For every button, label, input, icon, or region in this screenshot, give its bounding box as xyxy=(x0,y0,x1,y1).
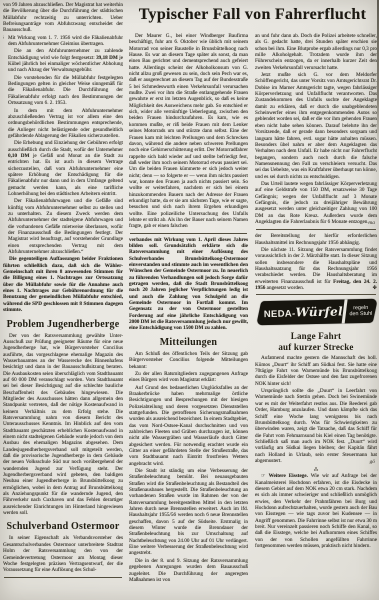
right-divider-rule-1 xyxy=(256,229,376,230)
middle-column: Der Maurer G., bei einer Windberger Bauf… xyxy=(129,2,248,598)
charges-amount: 0,10 DM xyxy=(8,153,29,159)
jugendherberge-heading: Problem Jugendherberge xyxy=(3,319,123,330)
mitteilungen-p6: Die nächste 11. Sitzung der Ratsversamml… xyxy=(255,247,377,291)
ornament-divider: ⁂ xyxy=(255,467,377,472)
fahrerflucht-part1: Der Maurer G., bei einer Windberger Bauf… xyxy=(129,33,248,230)
duurt-heading: Lange Fahrt auf kurzer Strecke xyxy=(255,331,377,352)
ad-brand-name: NEDA- xyxy=(264,309,296,321)
right-divider-rule-2 xyxy=(256,294,376,295)
mitteilungen-p3: Auf Grund des bedauerlichen Unglücksfall… xyxy=(129,385,248,467)
duurt-heading-line2: auf kurzer Strecke xyxy=(255,342,377,353)
right-column: an und fuhr dann ab. Doch die Polizei ar… xyxy=(255,2,377,598)
charges-text-pre: Die Erhebung und Einziehung der Gebühren… xyxy=(8,140,123,152)
mitteilungen-heading: Mitteilungen xyxy=(129,337,248,348)
fee-amount: 39,18 DM xyxy=(96,55,118,61)
duurt-p2: Ursprünglich sollte die „Duurt“ in Leerf… xyxy=(255,388,377,464)
council-item-paragraph: Mit Wirkung vom 1. 7. 1956 wird die Fäka… xyxy=(8,35,123,48)
council-contract-paragraph: von 99 Jahren abzuschließen. Der Magistr… xyxy=(3,2,123,34)
left-column: von 99 Jahren abzuschließen. Der Magistr… xyxy=(3,2,123,598)
left-bottom-rule xyxy=(4,577,122,578)
council-wagon-paragraph: Der Fäkalienabfuhrwagen und die Gefäße s… xyxy=(8,198,123,255)
council-charges-paragraph: Die Erhebung und Einziehung der Gebühren… xyxy=(8,140,123,197)
schulverband-body-part1: In seiner Eigenschaft als Verbandsvorste… xyxy=(3,535,123,573)
charges-text-post: je Gefäß und Monat an die Stadt zu entri… xyxy=(8,153,123,197)
ad-tagline: regeln den Stuhl xyxy=(346,305,376,318)
fahrerflucht-part2-p3: Das Urteil lautete wegen fahrlässiger Kö… xyxy=(255,181,377,225)
council-item-6: 6 Mit Wirkung vom 1. 7. 1956 wird die Fä… xyxy=(3,35,123,256)
eisstege-lead: Weitere Eisstege. xyxy=(269,473,308,479)
mitteilungen-p5-continuation: der Bereitstellung der hierfür erforderl… xyxy=(255,233,377,246)
eisstege-body: Wie wir auf Anfrage bei der Kanalmeister… xyxy=(255,473,377,549)
eisstege-paragraph: ☞ Weitere Eisstege. Wie wir auf Anfrage … xyxy=(255,473,377,549)
section-end-mark: ✤ xyxy=(367,285,377,291)
neda-advertisement: NEDA-Würfel regeln den Stuhl xyxy=(256,299,376,325)
middle-divider-rule xyxy=(130,233,247,234)
council-conditions-paragraph: Die vorstehenden für die Müllabfuhr fest… xyxy=(8,75,123,107)
ad-black-band: NEDA-Würfel regeln den Stuhl xyxy=(256,299,377,325)
council-vote-paragraph: Die gegenteiligen Auffassungen beider Fr… xyxy=(3,256,123,313)
newspaper-page: Typischer Fall von Fahrerflucht von 99 J… xyxy=(0,0,379,600)
duurt-heading-line1: Lange Fahrt xyxy=(255,331,377,342)
schulverband-heading: Schulverband Ostermoor xyxy=(3,521,123,532)
ad-tagline-line2: den Stuhl xyxy=(346,311,376,318)
duurt-p1: Aufatmend machte gestern die Mannschaft … xyxy=(255,355,377,387)
council-fee-paragraph: Die an den Abfuhrunternehmer zu zahlende… xyxy=(8,48,123,73)
ad-brand-script: Würfel xyxy=(295,305,343,320)
fahrerflucht-part2-p2: Jetzt mußte sich G. vor dem Meldorfer Sc… xyxy=(255,72,377,180)
council-contract-terms-paragraph: In dem mit dem Abfuhrunternehmer abzusch… xyxy=(8,108,123,140)
mitteilungen-p2: Zu der allen Ratsmitgliedern zugegangene… xyxy=(129,371,248,384)
p6-text-post: angesetzt worden. xyxy=(265,285,304,291)
mitteilungen-p5-start: Die in der 8. und 9. Sitzung der Ratsver… xyxy=(129,558,248,583)
fahrerflucht-part2-p1: an und fuhr dann ab. Doch die Polizei ar… xyxy=(255,33,377,71)
pointing-hand-icon: ☞ xyxy=(261,473,269,479)
item-number: 6 xyxy=(3,35,4,41)
ad-brand-text: NEDA-Würfel xyxy=(259,305,343,321)
mitteilungen-p4: Die Stadt ist ständig um eine Verbesseru… xyxy=(129,468,248,557)
schulverband-body-part2: verbandes mit Wirkung vom 1. April diese… xyxy=(129,237,248,332)
jugendherberge-body: Der von der Ratsversammlung gewählte Unt… xyxy=(3,333,123,517)
mitteilungen-p1: Am Schluß des öffentlichen Teils der Sit… xyxy=(129,351,248,370)
